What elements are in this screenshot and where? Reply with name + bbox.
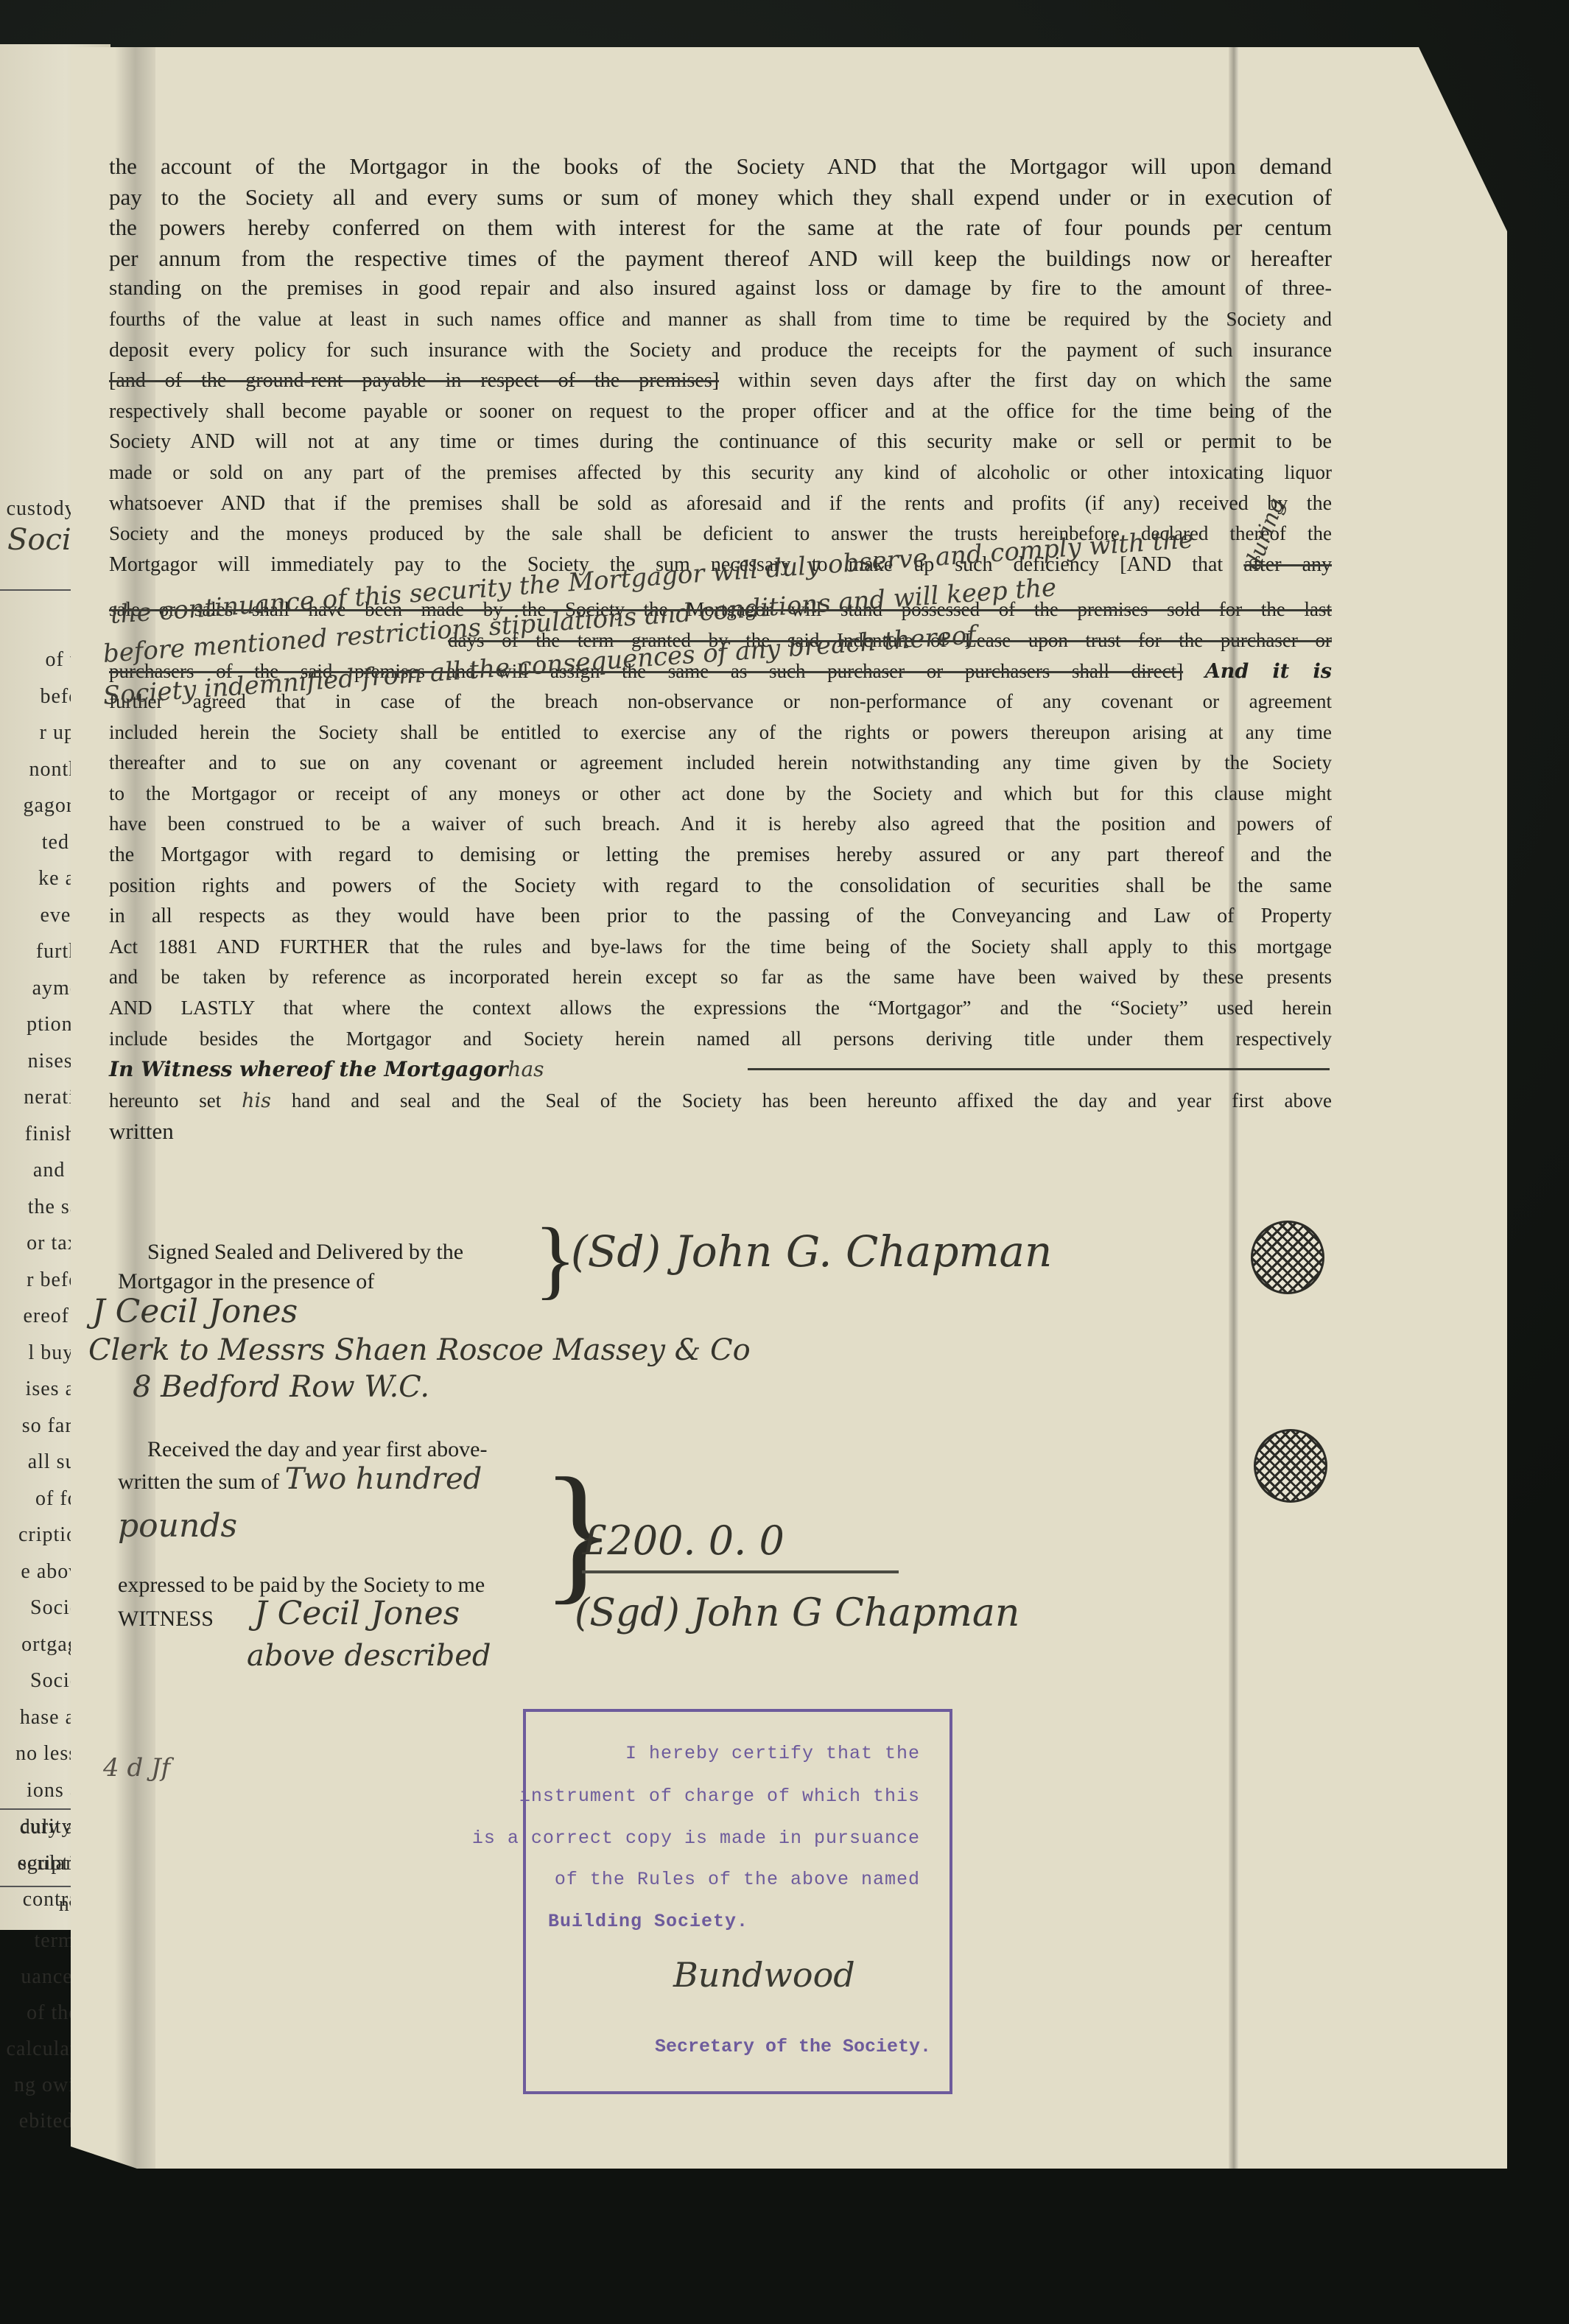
body-line: and be taken by reference as incorporate… <box>109 962 1332 993</box>
witness-start: In Witness whereof the Mortgagor <box>109 1057 508 1081</box>
body-text: hereunto set <box>109 1089 221 1112</box>
witness-address: 8 Bedford Row W.C. <box>133 1370 429 1404</box>
body-line: included herein the Society shall be ent… <box>109 717 1332 748</box>
body-line: written <box>109 1116 1332 1147</box>
body-line: to the Mortgagor or receipt of any money… <box>109 779 1332 810</box>
secretary-title: Secretary of the Society. <box>655 2036 931 2057</box>
stamp-line: of the Rules of the above named <box>555 1869 920 1890</box>
amount-words-2: pounds <box>118 1507 237 1545</box>
body-text: hand and seal and the Seal of the Societ… <box>292 1089 1332 1112</box>
pencil-note: 4 d Jf <box>103 1753 170 1783</box>
body-line: deposit every policy for such insurance … <box>109 335 1332 366</box>
body-line: made or sold on any part of the premises… <box>109 457 1332 488</box>
seal-wafer-1 <box>1251 1221 1324 1294</box>
amount-words-1: Two hundred <box>285 1462 482 1496</box>
body-line: whatsoever AND that if the premises shal… <box>109 488 1332 519</box>
body-line: standing on the premises in good repair … <box>109 273 1332 304</box>
receipt-line-2: written the sum of <box>118 1470 279 1494</box>
receipt-signature: (Sgd) John G Chapman <box>575 1591 1019 1635</box>
stamp-line: Building Society. <box>548 1911 748 1932</box>
body-text: And it is <box>1205 660 1332 683</box>
body-line: pay to the Society all and every sums or… <box>109 182 1332 213</box>
secretary-signature: Bundwood <box>673 1955 855 1995</box>
body-line: thereafter and to sue on any covenant or… <box>109 748 1332 779</box>
body-line: the powers hereby conferred on them with… <box>109 212 1332 243</box>
amount-rule <box>582 1570 899 1573</box>
stamp-line: instrument of charge of which this <box>519 1786 920 1807</box>
body-line: Act 1881 AND FURTHER that the rules and … <box>109 932 1332 963</box>
execution-clause: Signed Sealed and Delivered by the Mortg… <box>118 1238 463 1296</box>
body-line: fourths of the value at least in such na… <box>109 304 1332 335</box>
stamp-line: is a correct copy is made in pursuance <box>472 1828 920 1849</box>
witness-label: WITNESS <box>118 1607 214 1631</box>
body-line: AND LASTLY that where the context allows… <box>109 993 1332 1024</box>
body-line: per annum from the respective times of t… <box>109 243 1332 274</box>
witness-name: J Cecil Jones <box>92 1293 298 1330</box>
body-line: in all respects as they would have been … <box>109 901 1332 932</box>
hand-his: his <box>242 1089 271 1112</box>
body-line: position rights and powers of the Societ… <box>109 871 1332 902</box>
body-line: include besides the Mortgagor and Societ… <box>109 1024 1332 1055</box>
body-line: have been construed to be a waiver of su… <box>109 809 1332 840</box>
body-line: the account of the Mortgagor in the book… <box>109 151 1332 182</box>
receipt-line-1: Received the day and year first above- <box>147 1437 487 1461</box>
struck-clause: [and of the ground-rent payable in respe… <box>109 369 719 392</box>
witness-clause-line2: hereunto set his hand and seal and the S… <box>109 1086 1332 1117</box>
body-line: Society AND will not at any time or time… <box>109 426 1332 457</box>
hand-has: has <box>508 1057 544 1081</box>
body-line: within seven days after the first day on… <box>738 369 1332 392</box>
body-line: the Mortgagor with regard to demising or… <box>109 840 1332 871</box>
certificate-stamp: I hereby certify that the instrument of … <box>523 1709 952 2094</box>
mortgagor-signature: (Sd) John G. Chapman <box>571 1226 1052 1277</box>
signed-line-1: Signed Sealed and Delivered by the <box>147 1240 463 1264</box>
brace: } <box>534 1208 577 1310</box>
amount-figures: £200. 0. 0 <box>582 1517 784 1564</box>
witness-rule <box>748 1068 1330 1070</box>
receipt-witness-signature: J Cecil Jones <box>254 1595 460 1632</box>
stamp-line: I hereby certify that the <box>625 1743 920 1764</box>
struck-clause-line: [and of the ground-rent payable in respe… <box>109 365 1332 396</box>
seal-wafer-2 <box>1254 1429 1327 1503</box>
receipt-witness-note: above described <box>247 1639 491 1673</box>
signed-line-2: Mortgagor in the presence of <box>118 1269 374 1293</box>
receipt-line-3: expressed to be paid by the Society to m… <box>118 1573 485 1597</box>
body-line: respectively shall become payable or soo… <box>109 396 1332 427</box>
witness-firm: Clerk to Messrs Shaen Roscoe Massey & Co <box>88 1333 751 1367</box>
